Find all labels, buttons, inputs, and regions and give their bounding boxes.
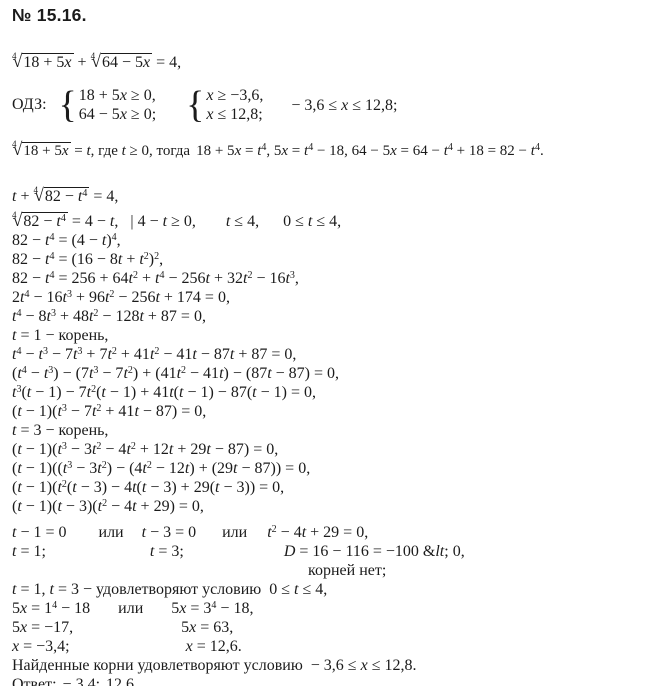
odz-domain-row: ОДЗ: { 18 + 5x ≥ 0, 64 − 5x ≥ 0; { x ≥ −… <box>12 85 659 125</box>
math-line-14: (t − 1)(t3 − 3t2 − 4t2 + 12t + 29t − 87)… <box>12 440 659 459</box>
math-line-18: t − 1 = 0илиt − 3 = 0илиt2 − 4t + 29 = 0… <box>12 523 659 542</box>
math-line-25: Найденные корни удовлетворяют условию− 3… <box>12 656 659 675</box>
left-brace-icon: { <box>59 85 77 125</box>
odz-system-original-lines: 18 + 5x ≥ 0, 64 − 5x ≥ 0; <box>79 86 156 124</box>
math-line-24: x = −3,4;x = 12,6. <box>12 637 659 656</box>
math-line-15: (t − 1)((t3 − 3t2) − (4t2 − 12t) + (29t … <box>12 459 659 478</box>
odz-solved-1: x ≥ −3,6, <box>206 86 263 105</box>
math-line-26: Ответ:− 3,4;12,6. <box>12 675 659 686</box>
math-line-3: 82 − t4 = (4 − t)4, <box>12 231 659 250</box>
math-line-7: t4 − 8t3 + 48t2 − 128t + 87 = 0, <box>12 307 659 326</box>
math-line-17: (t − 1)(t − 3)(t2 − 4t + 29) = 0, <box>12 497 659 516</box>
math-line-21: t = 1, t = 3 − удовлетворяют условию0 ≤ … <box>12 580 659 599</box>
math-line-23: 5x = −17,5x = 63, <box>12 618 659 637</box>
odz-result: − 3,6 ≤ x ≤ 12,8; <box>291 96 397 115</box>
odz-system-solved: { x ≥ −3,6, x ≤ 12,8; <box>186 85 263 125</box>
math-line-12: (t − 1)(t3 − 7t2 + 41t − 87) = 0, <box>12 402 659 421</box>
math-line-13: t = 3 − корень, <box>12 421 659 440</box>
math-line-5: 82 − t4 = 256 + 64t2 + t4 − 256t + 32t2 … <box>12 269 659 288</box>
math-line-11: t3(t − 1) − 7t2(t − 1) + 41t(t − 1) − 87… <box>12 383 659 402</box>
math-line-1: t + 4√82 − t4 = 4, <box>12 181 659 206</box>
solution-steps: t + 4√82 − t4 = 4,4√82 − t4 = 4 − t,| 4 … <box>12 181 659 686</box>
document-page: { "page": { "background": "#ffffff", "te… <box>0 0 659 686</box>
math-line-20: корней нет; <box>12 561 659 580</box>
math-line-10: (t4 − t3) − (7t3 − 7t2) + (41t2 − 41t) −… <box>12 364 659 383</box>
left-brace-icon: { <box>186 85 204 125</box>
math-line-22: 5x = 14 − 18или5x = 34 − 18, <box>12 599 659 618</box>
odz-inequality-2: 64 − 5x ≥ 0; <box>79 105 156 124</box>
math-line-9: t4 − t3 − 7t3 + 7t2 + 41t2 − 41t − 87t +… <box>12 345 659 364</box>
math-line-4: 82 − t4 = (16 − 8t + t2)2, <box>12 250 659 269</box>
odz-inequality-1: 18 + 5x ≥ 0, <box>79 86 156 105</box>
solution-sheet: № 15.16. 4√18 + 5x + 4√64 − 5x = 4, ОДЗ:… <box>0 0 659 686</box>
equation-original: 4√18 + 5x + 4√64 − 5x = 4, <box>12 42 659 77</box>
math-line-19: t = 1;t = 3;D = 16 − 116 = −100 &lt; 0, <box>12 542 659 561</box>
math-line-2: 4√82 − t4 = 4 − t,| 4 − t ≥ 0,t ≤ 4,0 ≤ … <box>12 206 659 231</box>
odz-label: ОДЗ: <box>12 96 47 114</box>
math-line-16: (t − 1)(t2(t − 3) − 4t(t − 3) + 29(t − 3… <box>12 478 659 497</box>
odz-solved-2: x ≤ 12,8; <box>206 105 263 124</box>
substitution-line: 4√18 + 5x = t, где t ≥ 0, тогда18 + 5x =… <box>12 135 659 161</box>
odz-system-solved-lines: x ≥ −3,6, x ≤ 12,8; <box>206 86 263 124</box>
odz-system-original: { 18 + 5x ≥ 0, 64 − 5x ≥ 0; <box>59 85 157 125</box>
math-line-6: 2t4 − 16t3 + 96t2 − 256t + 174 = 0, <box>12 288 659 307</box>
problem-number: № 15.16. <box>12 5 659 26</box>
math-line-8: t = 1 − корень, <box>12 326 659 345</box>
